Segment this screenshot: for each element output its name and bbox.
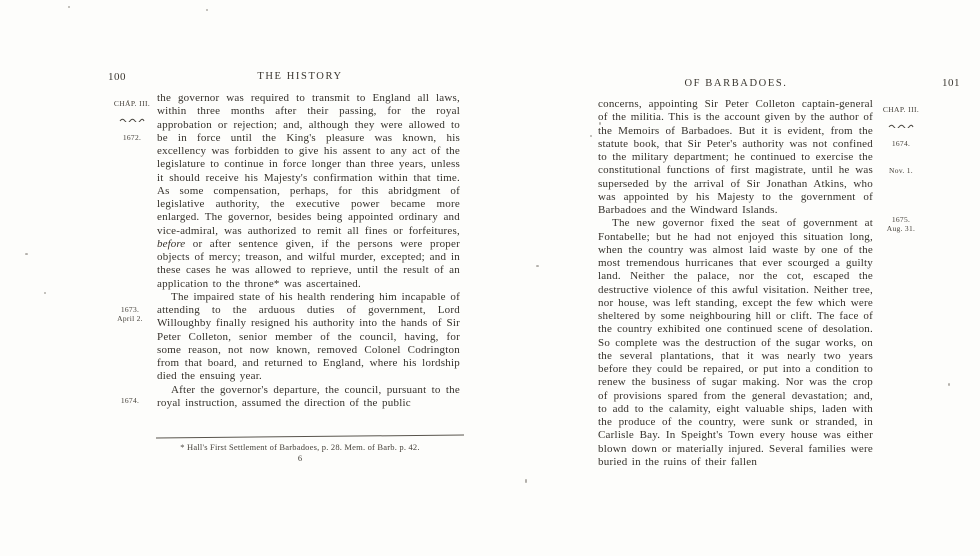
chapter-label: CHAP. III. [109, 99, 155, 108]
left-page-number: 100 [108, 71, 126, 83]
left-margin-year-note: 1674. [107, 396, 153, 405]
scan-speck [127, 100, 129, 102]
right-running-title: OF BARBADOES. [598, 78, 874, 89]
paragraph: concerns, appointing Sir Peter Colleton … [598, 98, 873, 217]
margin-year: 1672. [109, 133, 155, 142]
scanned-book-spread: 100 THE HISTORY CHAP. III. 1672. 1673. A… [0, 0, 980, 556]
scan-speck [206, 9, 208, 11]
left-margin-chapter-note: CHAP. III. 1672. [109, 90, 155, 151]
paragraph: After the governor's departure, the coun… [157, 384, 460, 411]
margin-year: 1674. [876, 139, 926, 148]
right-body-text: concerns, appointing Sir Peter Colleton … [598, 98, 873, 469]
right-margin-date-note-2: 1675. Aug. 31. [876, 215, 926, 233]
scan-speck [948, 383, 950, 386]
chapter-flourish-icon [119, 117, 145, 122]
right-margin-chapter-note: CHAP. III. 1674. [876, 96, 926, 157]
scan-speck [68, 6, 70, 8]
scan-speck [536, 265, 539, 267]
paragraph: The impaired state of his health renderi… [157, 291, 460, 384]
chapter-flourish-icon [888, 123, 914, 128]
right-margin-date-note: Nov. 1. [876, 166, 926, 175]
right-page-number: 101 [942, 77, 960, 89]
paragraph: the governor was required to transmit to… [157, 92, 460, 291]
signature-mark: 6 [150, 453, 450, 463]
left-running-title: THE HISTORY [150, 71, 450, 82]
footnote-rule [156, 435, 464, 439]
scan-speck [525, 479, 527, 483]
footnote: * Hall's First Settlement of Barbadoes, … [150, 442, 450, 452]
scan-speck [44, 292, 46, 294]
scan-speck [25, 253, 28, 255]
scan-speck [590, 135, 592, 137]
left-body-text: the governor was required to transmit to… [157, 92, 460, 410]
paragraph: The new governor fixed the seat of gover… [598, 217, 873, 469]
left-margin-date-note: 1673. April 2. [107, 305, 153, 323]
chapter-label: CHAP. III. [876, 105, 926, 114]
scan-speck [599, 122, 601, 125]
